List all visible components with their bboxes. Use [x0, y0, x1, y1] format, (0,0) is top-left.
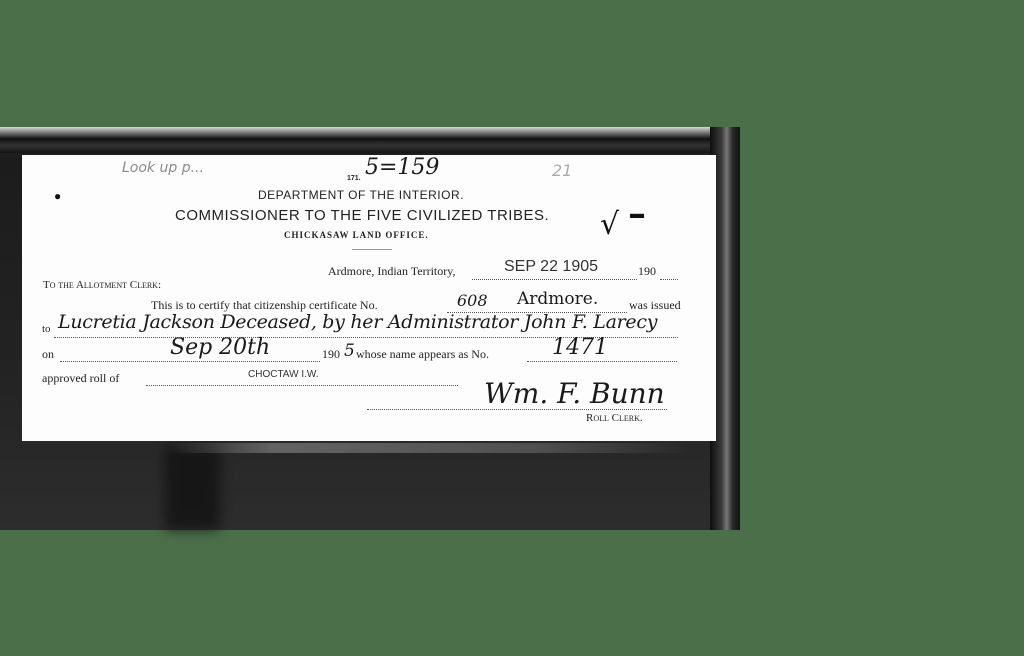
recipient-name: Lucretia Jackson Deceased, by her Admini… — [58, 311, 657, 333]
year-label: 190 — [322, 347, 340, 362]
signature: Wm. F. Bunn — [484, 377, 665, 410]
pencil-note: Look up p... — [122, 160, 204, 176]
year-digit: 5 — [344, 341, 355, 361]
header-line2: COMMISSIONER TO THE FIVE CIVILIZED TRIBE… — [175, 207, 549, 224]
roll-clerk-label: Roll Clerk. — [586, 412, 643, 424]
whose-name-text: whose name appears as No. — [356, 347, 489, 362]
divider — [352, 249, 392, 250]
pencil-corner-note: 21 — [552, 161, 572, 180]
approved-roll-label: approved roll of — [42, 371, 119, 386]
on-label: on — [42, 347, 54, 362]
glare — [170, 443, 690, 453]
year-prefix: 190 — [638, 264, 656, 279]
roll-number: 1471 — [552, 335, 608, 360]
binder-top-edge — [0, 127, 740, 153]
scanned-document: Look up p... 171. 5=159 21 ● √ ▬ DEPARTM… — [0, 127, 740, 530]
checkmark-icon: √ — [600, 207, 619, 242]
issue-date: Sep 20th — [170, 335, 270, 360]
hole-punch-mark: ● — [54, 189, 61, 204]
header-line1: DEPARTMENT OF THE INTERIOR. — [258, 188, 464, 202]
handwritten-reference: 5=159 — [365, 155, 439, 180]
certificate-place: Ardmore. — [517, 289, 598, 309]
roll-type: CHOCTAW I.W. — [248, 369, 319, 380]
to-label: to — [42, 323, 51, 335]
date-stamp: SEP 22 1905 — [504, 258, 598, 276]
dash-mark: ▬ — [630, 207, 644, 223]
certificate-paper: Look up p... 171. 5=159 21 ● √ ▬ DEPARTM… — [22, 155, 716, 441]
form-number: 171. — [347, 175, 361, 182]
shadow — [165, 447, 220, 530]
place-label: Ardmore, Indian Territory, — [328, 264, 455, 279]
header-line3: CHICKASAW LAND OFFICE. — [284, 230, 429, 240]
salutation: To the Allotment Clerk: — [43, 279, 161, 291]
certificate-number: 608 — [457, 291, 488, 310]
